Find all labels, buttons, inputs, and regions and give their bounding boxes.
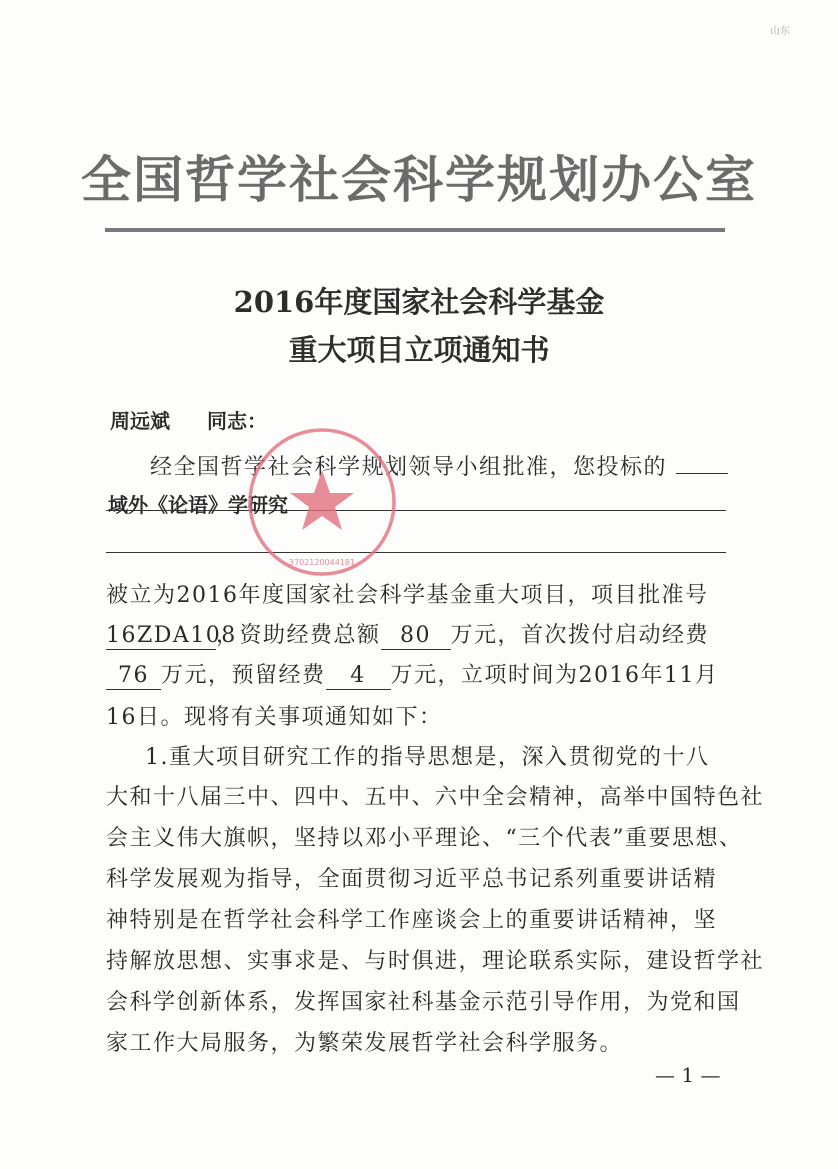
item1-line-2: 大和十八届三中、四中、五中、六中全会精神，高举中国特色社 xyxy=(106,780,764,811)
item1-line-5: 神特别是在哲学社会科学工作座谈会上的重要讲话精神，坚 xyxy=(106,903,717,934)
approval-line: 被立为2016年度国家社会科学基金重大项目，项目批准号 xyxy=(106,578,709,609)
item1-line-8: 家工作大局服务，为繁荣发展哲学社会科学服务。 xyxy=(106,1026,623,1057)
first-payment-label: 万元，首次拨付启动经费 xyxy=(451,623,710,648)
date-label: 万元，立项时间为2016年11月 xyxy=(391,663,719,688)
official-seal-icon: 3702120044181 xyxy=(245,425,400,580)
funding-total-label: ，资助经费总额 xyxy=(216,623,381,648)
document-title-line2: 重大项目立项通知书 xyxy=(0,328,838,369)
svg-text:3702120044181: 3702120044181 xyxy=(289,558,355,567)
reserved-label: 万元，预留经费 xyxy=(161,663,326,688)
intro-text: 经全国哲学社会科学规划领导小组批准，您投标的 xyxy=(150,455,667,480)
approval-number: 16ZDA108 xyxy=(106,623,216,650)
document-title-line1: 2016年度国家社会科学基金 xyxy=(0,280,838,321)
salutation: 周远斌 同志： xyxy=(110,405,267,434)
date-line: 16日。现将有关事项通知如下： xyxy=(106,700,443,731)
item1-line-7: 会科学创新体系，发挥国家社科基金示范引导作用，为党和国 xyxy=(106,985,741,1016)
organization-header: 全国哲学社会科学规划办公室 xyxy=(0,140,838,212)
blank-fill xyxy=(676,473,728,474)
page-number: — 1 — xyxy=(655,1063,720,1087)
intro-line: 经全国哲学社会科学规划领导小组批准，您投标的 xyxy=(150,450,728,481)
funding-total: 80 xyxy=(381,623,451,650)
recipient-name: 周远斌 xyxy=(110,409,170,433)
first-payment: 76 xyxy=(106,663,161,690)
item1-line-6: 持解放思想、实事求是、与时俱进，理论联系实际，建设哲学社 xyxy=(106,944,764,975)
approval-number-line: 16ZDA108，资助经费总额80万元，首次拨付启动经费 xyxy=(106,618,709,650)
item1-line-1: 1.重大项目研究工作的指导思想是，深入贯彻党的十八 xyxy=(145,740,710,771)
item1-line-3: 会主义伟大旗帜，坚持以邓小平理论、“三个代表”重要思想、 xyxy=(106,821,743,852)
project-title-underline xyxy=(106,510,726,511)
reserved-amount: 4 xyxy=(326,663,391,690)
handwritten-note: 山东 xyxy=(770,22,790,37)
header-divider xyxy=(105,228,725,232)
project-title-underline-2 xyxy=(106,552,726,553)
item1-line-4: 科学发展观为指导，全面贯彻习近平总书记系列重要讲话精 xyxy=(106,862,717,893)
funding-line: 76万元，预留经费4万元，立项时间为2016年11月 xyxy=(106,658,719,690)
